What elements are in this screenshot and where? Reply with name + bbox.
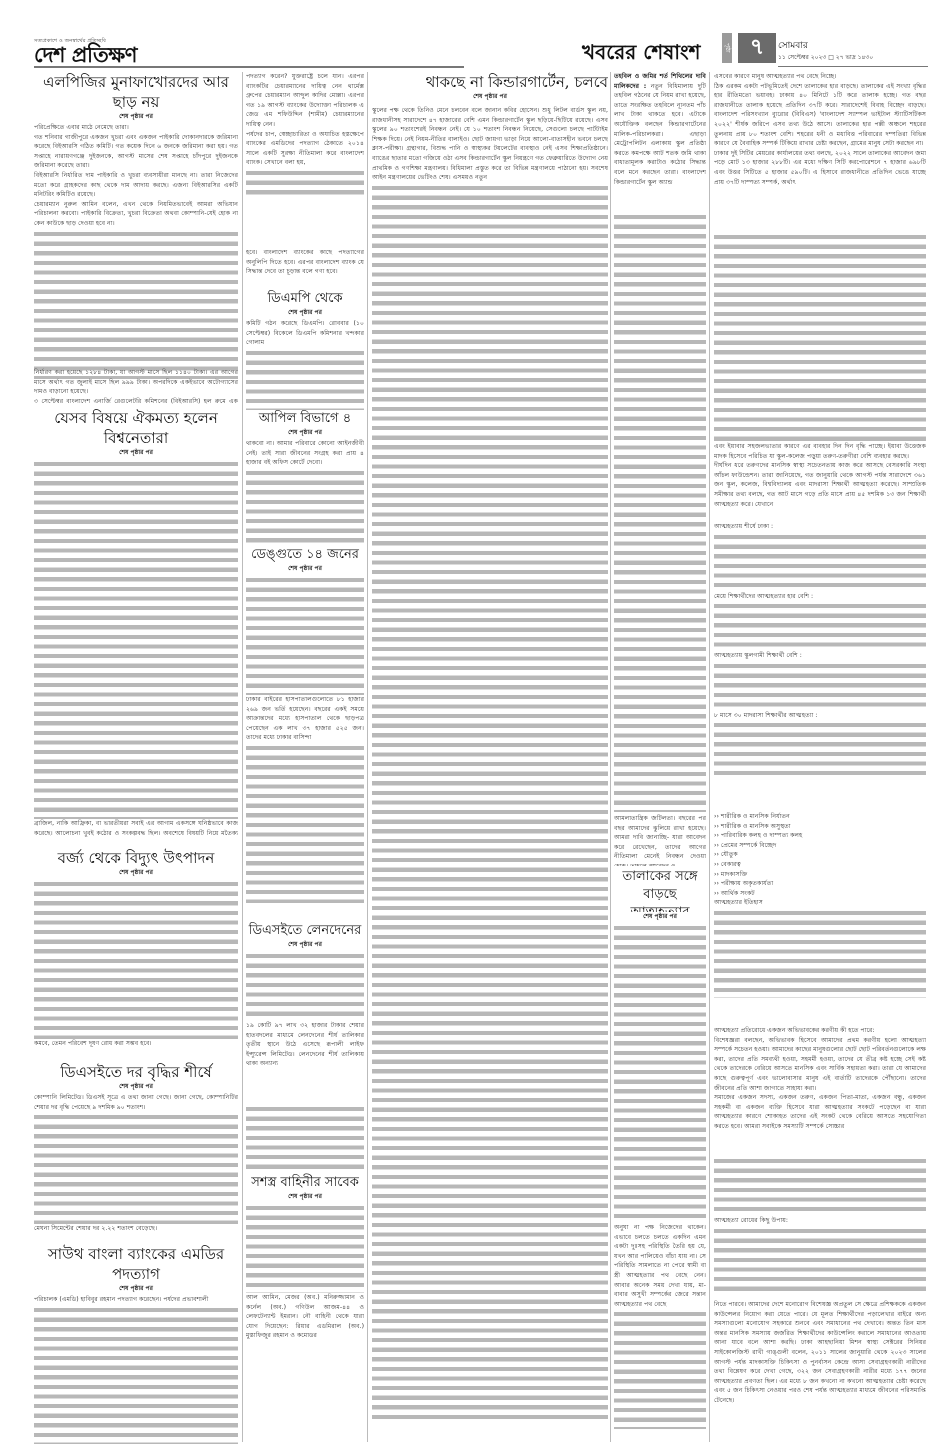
article-southbangla-end: হবে। বাংলাদেশ ব্যাংকের কাছে পদত্যাগের অন…: [246, 248, 364, 288]
body-text-block: [246, 348, 364, 410]
paragraph: আমলাতান্ত্রিক জটিলতা। বছরের পর বছর আমাদে…: [614, 814, 706, 866]
body-text-block: [714, 601, 926, 651]
list-item: ›› শারীরিক ও মানসিক নির্যাতন: [714, 812, 926, 822]
body-text-block: [246, 168, 364, 198]
paragraph: নিতে পারবে। আমাদের দেশে মনোরোগ বিশেষজ্ঞ …: [714, 1300, 926, 1406]
article-talak-prevent: আত্মহত্যা রোধের কিছু উপায়:: [714, 1156, 926, 1302]
article-talak-right-stats: আত্মহত্যায় শীর্ষে ঢাকা : মেয়ে শিক্ষার্…: [714, 522, 926, 812]
masthead-rule: [778, 66, 928, 67]
body-text-block: [614, 923, 706, 1223]
headline: সাউথ বাংলা ব্যাংকের এমডির পদত্যাগ: [34, 1244, 238, 1284]
continued-label: শেষ পৃষ্ঠার পর: [34, 868, 238, 877]
continued-label: শেষ পৃষ্ঠার পর: [34, 448, 238, 457]
list-item: ›› পারিবারিক কলহ ও দাম্পত্য কলহ: [714, 831, 926, 841]
headline: আপিল বিভাগে ৪: [246, 410, 364, 428]
article-shoshostro: সশস্ত্র বাহিনীর সাবেক শেষ পৃষ্ঠার পর আল …: [246, 1104, 364, 1444]
article-lpg-end: নির্ধারণ করা হয়েছে ১২৮৪ টাকা, যা আগস্ট …: [34, 368, 238, 404]
causes-list: ›› শারীরিক ও মানসিক নির্যাতন ›› শারীরিক …: [714, 812, 926, 898]
paragraph: পরিচালক (এমডি) হাবিবুর রহমান পদত্যাগ করে…: [34, 1295, 238, 1305]
list-item: ›› শারীরিক ও মানসিক অসুস্থতা: [714, 822, 926, 832]
body-text-block: [34, 1112, 238, 1224]
body-text-block: [246, 575, 364, 695]
article-dse: ডিএসইতে দর বৃদ্ধির শীর্ষে শেষ পৃষ্ঠার পর…: [34, 1062, 238, 1240]
logo: সত্যপ্রকাশে ও জনস্বার্থের প্রতিচ্ছবি দেশ…: [34, 38, 137, 66]
masthead: সত্যপ্রকাশে ও জনস্বার্থের প্রতিচ্ছবি দেশ…: [0, 0, 945, 62]
body-text-block: [246, 1203, 364, 1293]
body-text-block: [34, 459, 238, 819]
article-lpg: এলপিজির মুনাফাখোরদের আর ছাড় নয় শেষ পৃষ…: [34, 72, 238, 380]
headline: সশস্ত্র বাহিনীর সাবেক: [246, 1174, 364, 1192]
headline: এলপিজির মুনাফাখোরদের আর ছাড় নয়: [34, 72, 238, 112]
paragraph: ব্রাজিল, নাকি আফ্রিকা, বা ভারতীয়রা সবাই…: [34, 819, 238, 838]
subhead: আত্মহত্যার ইতিহাস: [714, 898, 926, 908]
body-text-block: [714, 720, 926, 780]
paragraph: সমাজের একজন সদস্য, একজন তরুণ, একজন পিতা-…: [714, 1093, 926, 1131]
continued-label: শেষ পৃষ্ঠার পর: [246, 940, 364, 949]
paragraph: হবে। বাংলাদেশ ব্যাংকের কাছে পদত্যাগের অন…: [246, 248, 364, 277]
list-item: ›› মাদকাসক্তি: [714, 870, 926, 880]
body-text-block: [246, 951, 364, 1021]
headline: ডিএসইতে লেনদেনের: [246, 922, 364, 940]
paragraph: বিশেষজ্ঞরা বলছেন, অভিভাবক হিসেবে আমাদের …: [714, 1036, 926, 1094]
column-rule: [242, 72, 243, 1442]
body-text-block: [614, 1309, 706, 1429]
headline: যেসব বিষয়ে ঐকমত্য হলেন বিশ্বনেতারা: [34, 408, 238, 448]
body-text-block: [246, 468, 364, 544]
subhead: আত্মহত্যা প্রতিরোধে একজন অভিভাবকের করণীয…: [714, 1026, 926, 1036]
article-talak-closing: নিতে পারবে। আমাদের দেশে মনোরোগ বিশেষজ্ঞ …: [714, 1300, 926, 1420]
article-borjo: বর্জ্য থেকে বিদ্যুৎ উৎপাদন শেষ পৃষ্ঠার প…: [34, 848, 238, 1058]
subhead: ৮ মাসে ৩০ মাদরাসা শিক্ষার্থীর আত্মহত্যা …: [714, 711, 926, 721]
body-text-block: [34, 879, 238, 1039]
paragraph: কমবে, তেমন পরিবেশ দূষণ রোধ করা সম্ভব হবে…: [34, 1039, 238, 1049]
article-talak-right-yaba: এবং ইয়াবার সহজলভ্যতার কারণে এর ব্যবহার …: [714, 442, 926, 522]
paragraph: নির্ধারণ করা হয়েছে ১২৮৪ টাকা, যা আগস্ট …: [34, 368, 238, 397]
paragraph: গত শনিবার গাজীপুরে একজন খুচরা এবং একজন প…: [34, 133, 238, 171]
subhead: মেয়ে শিক্ষার্থীদের আত্মহত্যার হার বেশি …: [714, 592, 926, 602]
paragraph: ৩ সেপ্টেম্বর বাংলাদেশ এনার্জি রেগুলেটরি …: [34, 397, 238, 404]
article-southbangla-cont: পদত্যাগ করেন? যুক্তরাষ্ট্রে চলে যান। এরপ…: [246, 72, 364, 256]
continued-label: শেষ পৃষ্ঠার পর: [34, 1082, 238, 1091]
continued-label: শেষ পৃষ্ঠার পর: [372, 92, 608, 101]
continued-label: শেষ পৃষ্ঠার পর: [246, 308, 364, 317]
paragraph: চেয়ারম্যান নুরুল আমিন বলেন, এখন থেকে নি…: [34, 200, 238, 229]
column-rule: [610, 72, 611, 1442]
article-talak-guidance: আত্মহত্যা প্রতিরোধে একজন অভিভাবকের করণীয…: [714, 1026, 926, 1156]
page-tab: পৃষ্ঠা: [722, 33, 732, 63]
article-talak-body: শেষ পৃষ্ঠার পর অনুঘা না পক্ষ নিজেদের থাক…: [614, 912, 706, 1442]
article-bishwa: যেসব বিষয়ে ঐকমত্য হলেন বিশ্বনেতারা শেষ …: [34, 408, 238, 838]
body-text-block: [714, 661, 926, 711]
paragraph: বিইআরসি নির্ধারিত দাম পাইকারি ও খুচরা ব্…: [34, 171, 238, 200]
column-rule: [709, 72, 710, 1442]
paragraph: পদত্যাগ করেন? যুক্তরাষ্ট্রে চলে যান। এরপ…: [246, 72, 364, 130]
paragraph: এবং ইয়াবার সহজলভ্যতার কারণে এর ব্যবহার …: [714, 442, 926, 461]
paragraph: অনুঘা না পক্ষ নিজেদের থাকেন। এভাবে চলতে …: [614, 1223, 706, 1309]
paragraph: ঠিক এরকম একটা পটভূমিতেই দেশে তালাকের হার…: [714, 82, 926, 149]
paragraph: থাকবো না। আমার পরিবারে কোনো আইনজীবী নেই।…: [246, 439, 364, 468]
body-text-block: [614, 212, 706, 812]
newspaper-name: দেশ প্রতিক্ষণ: [34, 44, 137, 66]
headline: ডিএমপি থেকে: [246, 290, 364, 308]
paragraph: ১৯ কোটি ৯৭ লাখ ৩২ হাজার টাকার শেয়ার হাত…: [246, 1021, 364, 1069]
body-text-block: [246, 1104, 364, 1174]
list-item: ›› আর্থিক সংকট: [714, 889, 926, 899]
continued-label: শেষ পৃষ্ঠার পর: [614, 912, 706, 921]
article-kinder-cont: [614, 212, 706, 812]
body-text-block: [372, 183, 608, 1423]
continued-label: শেষ পৃষ্ঠার পর: [246, 428, 364, 437]
paragraph: পর্ষদের চাপ, স্বেচ্ছাচারিতা ও অযাচিত হস্…: [246, 130, 364, 168]
body-text-block: [34, 1305, 238, 1444]
article-talak-right-mid: [714, 232, 926, 442]
sidebar-text: নতুন বিধিমালায় দুটি তহবিল গঠনের যে নিয়…: [614, 83, 706, 186]
page-number: ৭: [738, 33, 776, 63]
paragraph: ঢাকার বাইরের হাসপাতালগুলোতে ৮১ হাজার ২৬৯…: [246, 695, 364, 743]
article-kinder-closing: আমলাতান্ত্রিক জটিলতা। বছরের পর বছর আমাদে…: [614, 814, 706, 866]
body-text-block: [714, 908, 926, 998]
paragraph: তহবিল ও জমির শর্ত শিথিলের দাবি মালিকদের …: [614, 72, 706, 187]
column-rule: [367, 72, 368, 1442]
article-dmp: ডিএমপি থেকে শেষ পৃষ্ঠার পর কমিটি গঠন করে…: [246, 290, 364, 410]
paragraph: কমিটি গঠন করেছে ডিএমপি। রোববার (১০ সেপ্ট…: [246, 319, 364, 348]
body-text-block: [34, 229, 238, 379]
article-talak-causes: ›› শারীরিক ও মানসিক নির্যাতন ›› শারীরিক …: [714, 812, 926, 1022]
article-talak-head: তালাকের সঙ্গে বাড়ছে আত্মহত্যার: [614, 868, 706, 912]
paragraph: মেঘনা সিমেন্টের শেয়ার দর ২.২২ শতাংশ বেড…: [34, 1224, 238, 1234]
headline: ডিএসইতে দর বৃদ্ধির শীর্ষে: [34, 1062, 238, 1082]
paragraph: ঢাকার দুই সিটির মেয়রের কার্যালয়ের তথ্য…: [714, 149, 926, 187]
list-item: ›› যৌতুক: [714, 850, 926, 860]
body-text-block: [714, 1156, 926, 1216]
section-title: খবরের শেষাংশ: [582, 38, 701, 71]
body-text-block: [246, 743, 364, 903]
article-apil: আপিল বিভাগে ৪ শেষ পৃষ্ঠার পর থাকবো না। আ…: [246, 410, 364, 544]
subhead: আত্মহত্যায় স্কুলগামী শিক্ষার্থী বেশি :: [714, 651, 926, 661]
continued-label: শেষ পৃষ্ঠার পর: [34, 1284, 238, 1293]
headline: ডেঙ্গুতে ১৪ জনের: [246, 546, 364, 564]
headline: থাকছে না কিন্ডারগার্টেন, চলবে: [372, 72, 608, 92]
continued-label: শেষ পৃষ্ঠার পর: [246, 564, 364, 573]
article-kinder-sidebar: তহবিল ও জমির শর্ত শিথিলের দাবি মালিকদের …: [614, 72, 706, 212]
article-dengue: ডেঙ্গুতে ১৪ জনের শেষ পৃষ্ঠার পর ঢাকার বা…: [246, 546, 364, 918]
paragraph: পরিপ্রেক্ষিতে এবার মাঠে নেমেছে তারা।: [34, 123, 238, 133]
article-kinder-body: স্কুলের পক্ষ থেকে তিনিও মেনে চলবেন বলে জ…: [372, 106, 608, 1442]
article-talak-right: এসবের কারণে মানুষ আত্মহত্যার পথ বেছে নিচ…: [714, 72, 926, 232]
body-text-block: [714, 232, 926, 442]
subhead: আত্মহত্যা রোধের কিছু উপায়:: [714, 1216, 926, 1226]
issue-day: সোমবার: [778, 38, 808, 53]
continued-label: শেষ পৃষ্ঠার পর: [246, 1192, 364, 1201]
article-southbangla: সাউথ বাংলা ব্যাংকের এমডির পদত্যাগ শেষ পৃ…: [34, 1244, 238, 1444]
headline: বর্জ্য থেকে বিদ্যুৎ উৎপাদন: [34, 848, 238, 868]
list-item: ›› প্রেমের সম্পর্কে বিচ্ছেদ: [714, 841, 926, 851]
body-text-block: [714, 1226, 926, 1296]
paragraph: এসবের কারণে মানুষ আত্মহত্যার পথ বেছে নিচ…: [714, 72, 926, 82]
body-text-block: [714, 532, 926, 592]
list-item: ›› বেকারত্ব: [714, 860, 926, 870]
paragraph: আল আমিন, মেজর (অব.) মনিরুজ্জামান ও কর্নে…: [246, 1293, 364, 1341]
masthead-rule: [34, 66, 464, 68]
article-dse-lenden: ডিএসইতে লেনদেনের শেষ পৃষ্ঠার পর ১৯ কোটি …: [246, 922, 364, 1100]
continued-label: শেষ পৃষ্ঠার পর: [34, 112, 238, 121]
paragraph: স্কুলের পক্ষ থেকে তিনিও মেনে চলবেন বলে জ…: [372, 106, 608, 183]
paragraph: কোম্পানি লিমিটেড। ডিএসই সূত্রে এ তথ্য জা…: [34, 1093, 238, 1112]
list-item: ›› পরীক্ষায় অকৃতকার্যতা: [714, 879, 926, 889]
headline: তালাকের সঙ্গে বাড়ছে আত্মহত্যার: [614, 868, 706, 912]
issue-date: ১১ সেপ্টেম্বর ২০২৩ □ ২৭ ভাদ্র ১৪৩০: [778, 52, 873, 63]
paragraph: দীর্ঘদিন ধরে তরুণদের মানসিক স্বাস্থ্য সচ…: [714, 461, 926, 509]
subhead: আত্মহত্যায় শীর্ষে ঢাকা :: [714, 522, 926, 532]
